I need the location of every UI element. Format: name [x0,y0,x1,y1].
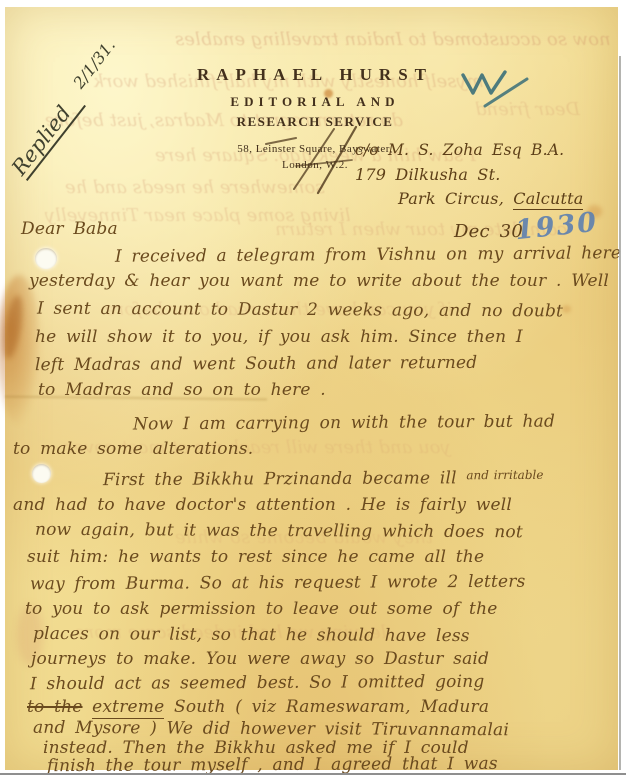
body-line: suit him: he wants to rest since he came… [27,547,484,567]
underlined-word: extreme [92,697,164,719]
w-mark-icon [447,59,567,121]
letterhead-name: RAPHAEL HURST [155,65,475,85]
scan-edge-line [619,56,621,770]
body-line-rest: South ( viz Rameswaram, Madura [164,697,489,717]
body-line: left Madras and went South and later ret… [35,353,477,375]
city-underlined: Calcutta [513,189,583,210]
body-line: to the extreme South ( viz Rameswaram, M… [27,697,489,717]
body-line: journeys to make. You were away so Dastu… [31,649,489,669]
return-address-care-of: c/o M. S. Zoha Esq B.A. [355,141,564,159]
crossout-strokes [260,119,390,203]
replied-label: Replied [7,90,86,181]
letter-date: Dec 30 [454,221,523,242]
city-prefix: Park Circus, [398,189,513,208]
scanned-letter: now so accustomed to Indian travelling e… [0,0,626,784]
body-line: First the Bikkhu Przinanda became ill an… [103,468,544,490]
letter-paper: now so accustomed to Indian travelling e… [5,7,618,770]
body-line: I sent an account to Dastur 2 weeks ago,… [37,299,563,322]
bleedthrough-line: now so accustomed to Indian travelling e… [175,29,611,50]
punch-hole [35,248,57,269]
body-line-inserted: and irritable [466,468,543,482]
body-line: places on our list, so that he should ha… [33,624,470,646]
body-line: yesterday & hear you want me to write ab… [29,271,609,291]
letter-year-blue: 1930 [514,207,600,247]
foxing-spot [562,305,571,313]
body-line: to Madras and so on to here . [38,380,326,400]
salutation: Dear Baba [21,219,118,239]
body-line: and Mysore ) We did however visit Tiruva… [33,718,509,740]
body-line: I received a telegram from Vishnu on my … [115,243,621,267]
body-line: I should act as seemed best. So I omitte… [30,672,485,694]
return-address-street: 179 Dilkusha St. [355,165,501,184]
body-line: way from Burma. So at his request I wrot… [30,572,526,595]
body-line-main: First the Bikkhu Przinanda became ill [103,468,466,490]
body-line: to you to ask permission to leave out so… [25,599,498,619]
body-line: now again, but it was the travelling whi… [35,520,523,543]
body-line: Now I am carrying on with the tour but h… [133,412,555,435]
struck-words: to the [27,697,83,717]
return-address-city: Park Circus, Calcutta [398,189,583,208]
replied-annotation: Replied2/1/31. [7,38,125,180]
body-line: and had to have doctor's attention . He … [13,495,512,515]
letterhead-subtitle-1: EDITORIAL AND [155,94,475,110]
water-stain [0,275,41,425]
body-line: he will show it to you, if you ask him. … [35,327,523,347]
scan-edge-line [0,773,626,775]
body-line: to make some alterations. [13,439,253,459]
water-stain [0,294,26,360]
punch-hole [32,464,51,483]
